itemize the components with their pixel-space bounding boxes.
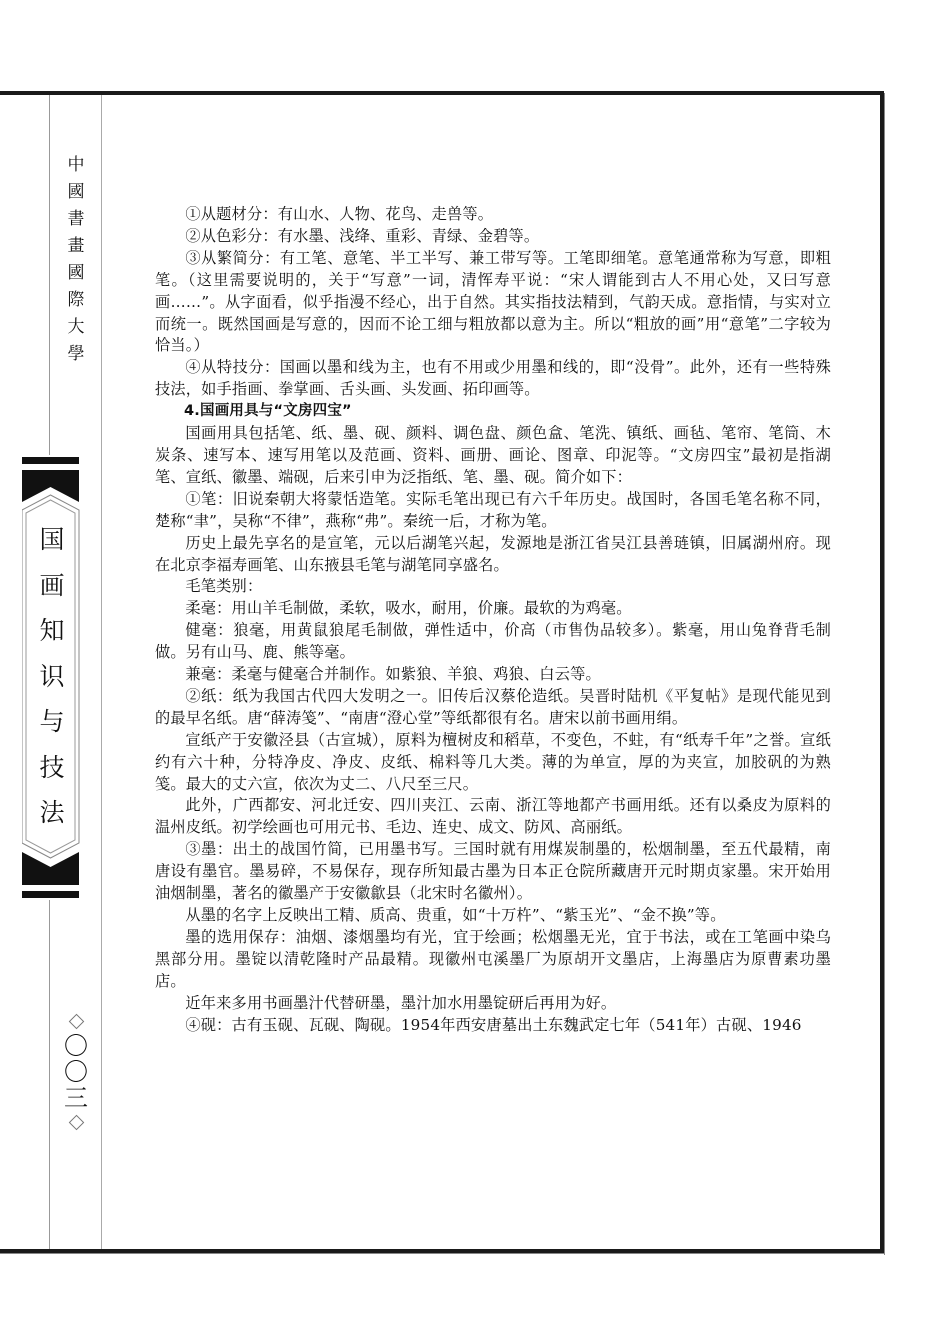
book-title-char: 识: [39, 654, 64, 700]
spine-divider-right: [101, 95, 102, 1249]
page-number: 〇 〇 三: [60, 1010, 92, 1134]
book-title: 国 画 知 识 与 技 法: [22, 517, 82, 836]
paragraph: ①从题材分：有山水、人物、花鸟、走兽等。: [155, 204, 831, 226]
page-number-char: 〇: [64, 1033, 88, 1059]
paragraph: 国画用具包括笔、纸、墨、砚、颜料、调色盘、颜色盒、笔洗、镇纸、画毡、笔帘、笔筒、…: [155, 423, 831, 489]
series-title-char: 際: [68, 287, 85, 314]
page-number-char: 〇: [64, 1059, 88, 1085]
book-title-char: 画: [39, 563, 64, 609]
section-heading: 4.国画用具与“文房四宝”: [155, 401, 831, 423]
paragraph: ③墨：出土的战国竹简，已用墨书写。三国时就有用煤炭制墨的，松烟制墨，至五代最精，…: [155, 839, 831, 905]
paragraph: ④砚：古有玉砚、瓦砚、陶砚。1954年西安唐墓出土东魏武定七年（541年）古砚、…: [155, 1015, 831, 1037]
frame-top-border: [0, 91, 884, 95]
diamond-icon: [68, 1014, 84, 1030]
paragraph: 健毫：狼毫，用黄鼠狼尾毛制做，弹性适中，价高（市售伪品较多）。紫毫，用山兔脊背毛…: [155, 620, 831, 664]
paragraph: ①笔：旧说秦朝大将蒙恬造笔。实际毛笔出现已有六千年历史。战国时，各国毛笔名称不同…: [155, 489, 831, 533]
book-title-char: 国: [39, 517, 64, 563]
paragraph: 此外，广西都安、河北迁安、四川夹江、云南、浙江等地都产书画用纸。还有以桑皮为原料…: [155, 795, 831, 839]
book-title-banner: 国 画 知 识 与 技 法: [22, 455, 82, 900]
book-title-char: 法: [39, 790, 64, 836]
paragraph: 历史上最先享名的是宣笔，元以后湖笔兴起，发源地是浙江省吴江县善琏镇，旧属湖州府。…: [155, 533, 831, 577]
page-number-char: 三: [64, 1085, 88, 1111]
paragraph: 从墨的名字上反映出工精、质高、贵重，如“十万杵”、“紫玉光”、“金不换”等。: [155, 905, 831, 927]
book-title-char: 技: [39, 745, 64, 791]
paragraph: ④从特技分：国画以墨和线为主，也有不用或少用墨和线的，即“没骨”。此外，还有一些…: [155, 357, 831, 401]
series-title: 中 國 書 畫 國 際 大 學: [60, 152, 92, 368]
paragraph: 毛笔类别：: [155, 576, 831, 598]
paragraph: ②从色彩分：有水墨、浅绛、重彩、青绿、金碧等。: [155, 226, 831, 248]
series-title-char: 國: [68, 260, 85, 287]
paragraph: 近年来多用书画墨汁代替研墨，墨汁加水用墨锭研后再用为好。: [155, 993, 831, 1015]
paragraph: 宣纸产于安徽泾县（古宣城），原料为檀树皮和稻草，不变色，不蛀，有“纸寿千年”之誉…: [155, 730, 831, 796]
series-title-char: 中: [68, 152, 85, 179]
series-title-char: 國: [68, 179, 85, 206]
paragraph: ③从繁简分：有工笔、意笔、半工半写、兼工带写等。工笔即细笔。意笔通常称为写意，即…: [155, 248, 831, 358]
book-title-char: 知: [39, 608, 64, 654]
paragraph: 柔毫：用山羊毛制做，柔软，吸水，耐用，价廉。最软的为鸡毫。: [155, 598, 831, 620]
diamond-icon: [68, 1115, 84, 1131]
frame-shadow: [884, 93, 885, 1255]
body-text: ①从题材分：有山水、人物、花鸟、走兽等。 ②从色彩分：有水墨、浅绛、重彩、青绿、…: [155, 204, 831, 1036]
paragraph: 墨的选用保存：油烟、漆烟墨均有光，宜于绘画；松烟墨无光，宜于书法，或在工笔画中染…: [155, 927, 831, 993]
series-title-char: 學: [68, 341, 85, 368]
book-title-char: 与: [39, 699, 64, 745]
series-title-char: 大: [68, 314, 85, 341]
series-title-char: 書: [68, 206, 85, 233]
paragraph: 兼毫：柔毫与健毫合并制作。如紫狼、羊狼、鸡狼、白云等。: [155, 664, 831, 686]
paragraph: ②纸：纸为我国古代四大发明之一。旧传后汉蔡伦造纸。吴晋时陆机《平复帖》是现代能见…: [155, 686, 831, 730]
frame-shadow: [0, 1253, 885, 1254]
series-title-char: 畫: [68, 233, 85, 260]
